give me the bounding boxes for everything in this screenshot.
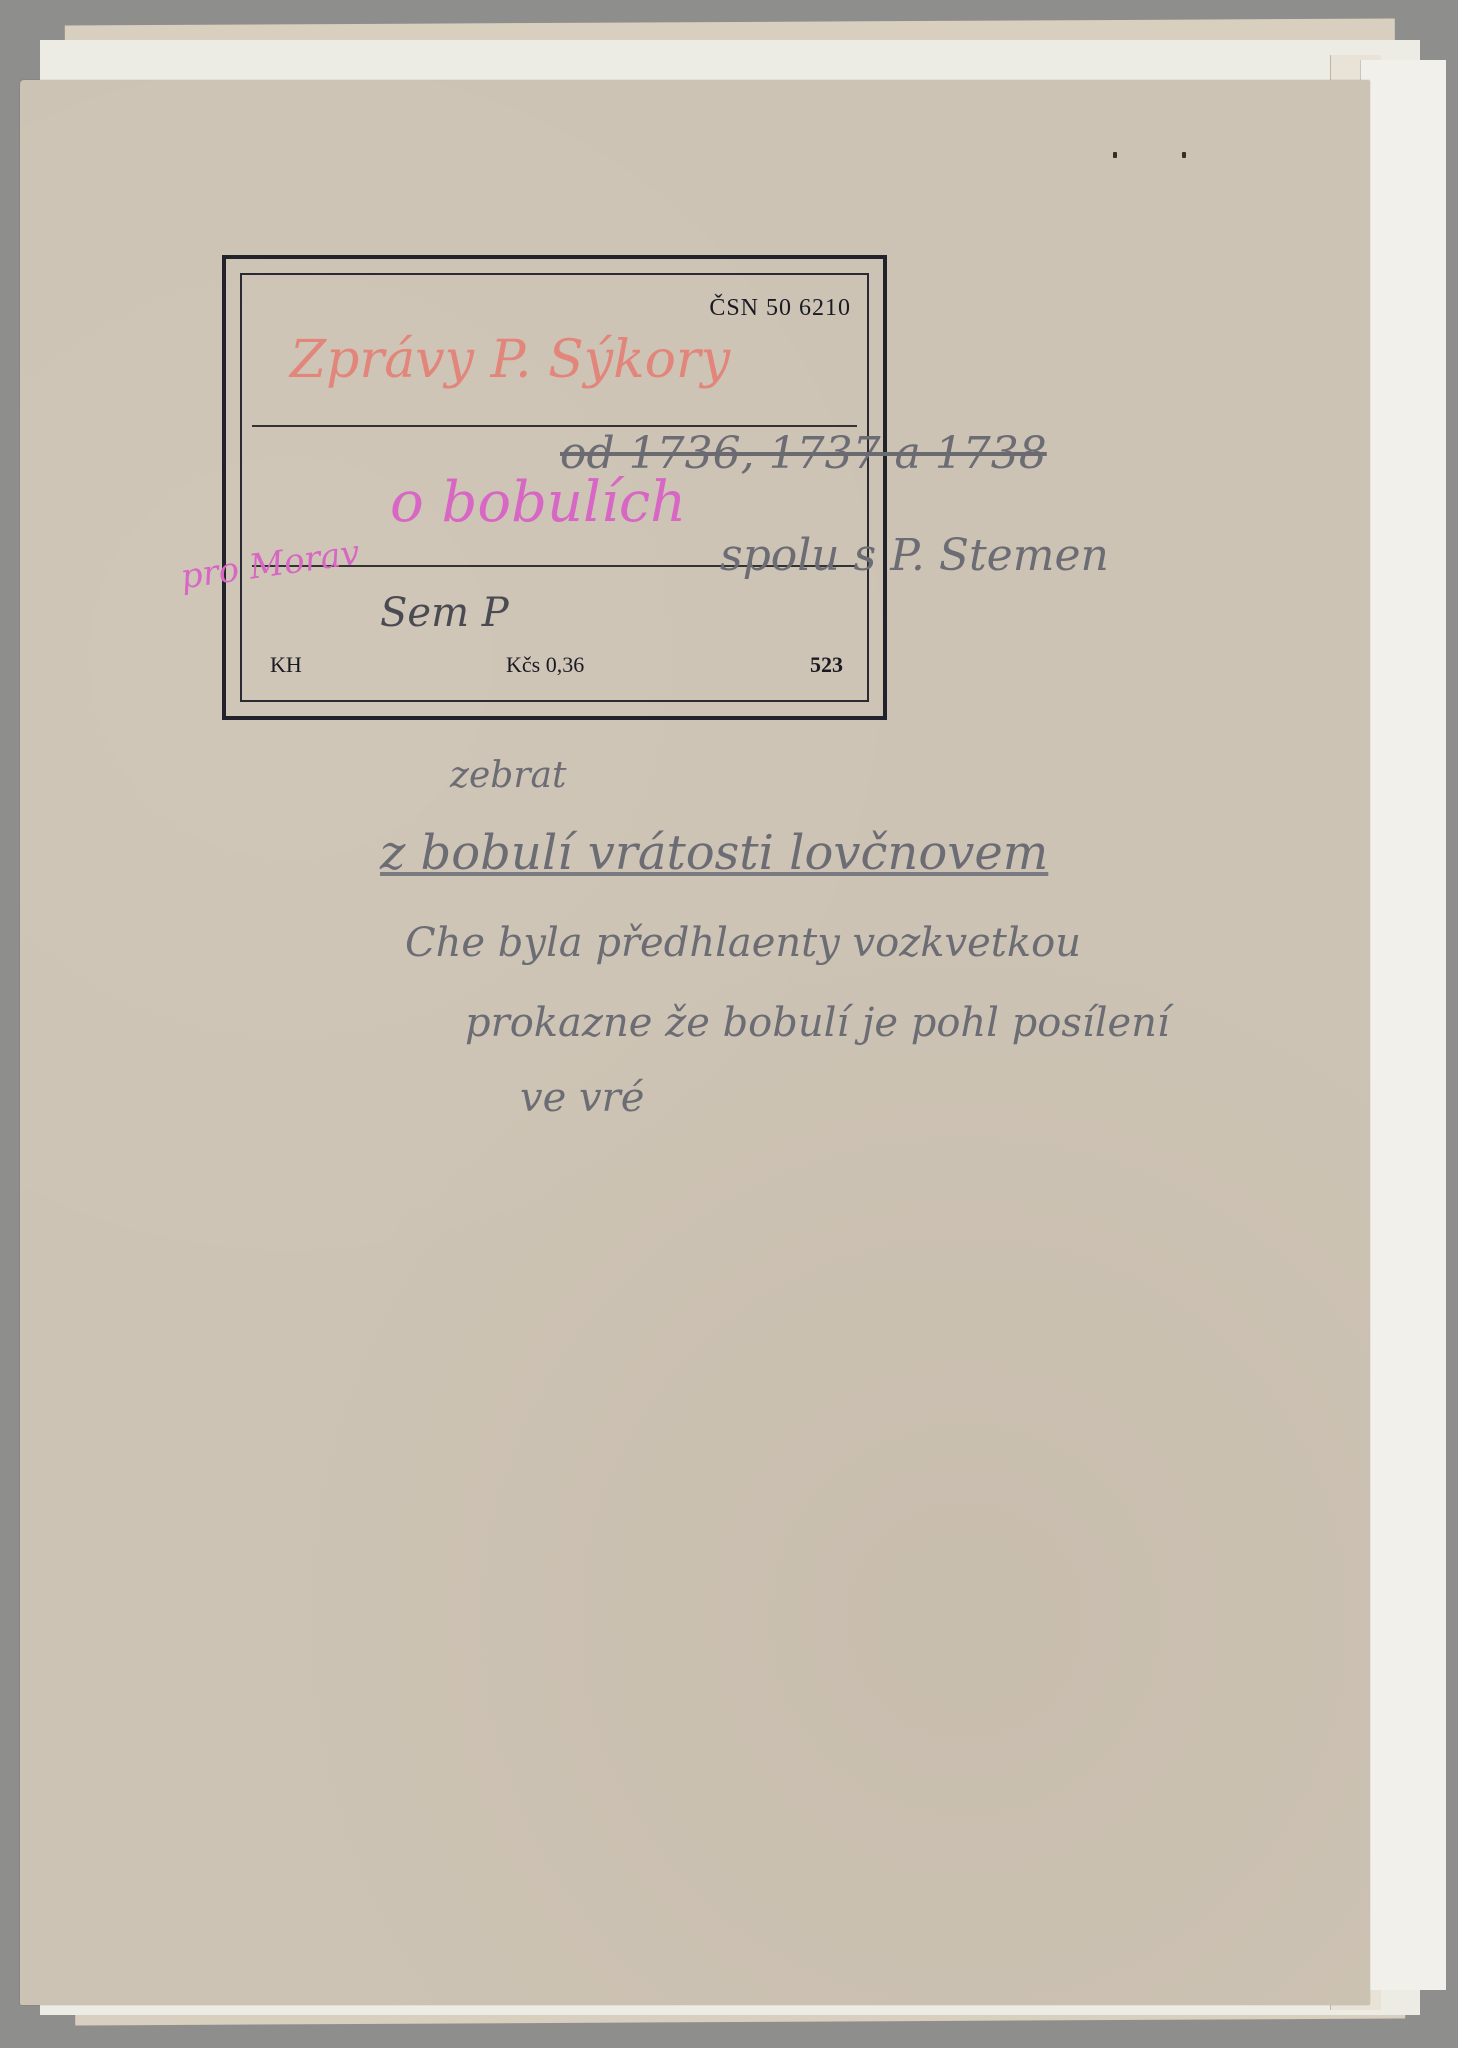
label-rule (252, 425, 857, 427)
note-line-4: prokazne že bobulí je pohl posílení (465, 1000, 1170, 1046)
subject-pink: o bobulích (390, 470, 686, 535)
label-number: 523 (810, 652, 843, 678)
back-sheet-edge (1360, 60, 1446, 1990)
standard-code: ČSN 50 6210 (709, 295, 851, 322)
price: Kčs 0,36 (506, 652, 584, 678)
note-line-2: z bobulí vrátosti lovčnovem (380, 825, 1048, 881)
paper-speck (1113, 152, 1117, 158)
note-line-1: zebrat (450, 755, 566, 796)
maker-code: KH (270, 652, 302, 678)
initials: Sem P (380, 590, 509, 636)
pencil-note-right: spolu s P. Stemen (720, 530, 1109, 581)
paper-speck (1182, 152, 1186, 158)
note-line-3: Che byla předhlaenty vozkvetkou (405, 920, 1081, 966)
note-line-5: ve vré (520, 1075, 644, 1121)
title-handwritten: Zprávy P. Sýkory (290, 330, 730, 390)
